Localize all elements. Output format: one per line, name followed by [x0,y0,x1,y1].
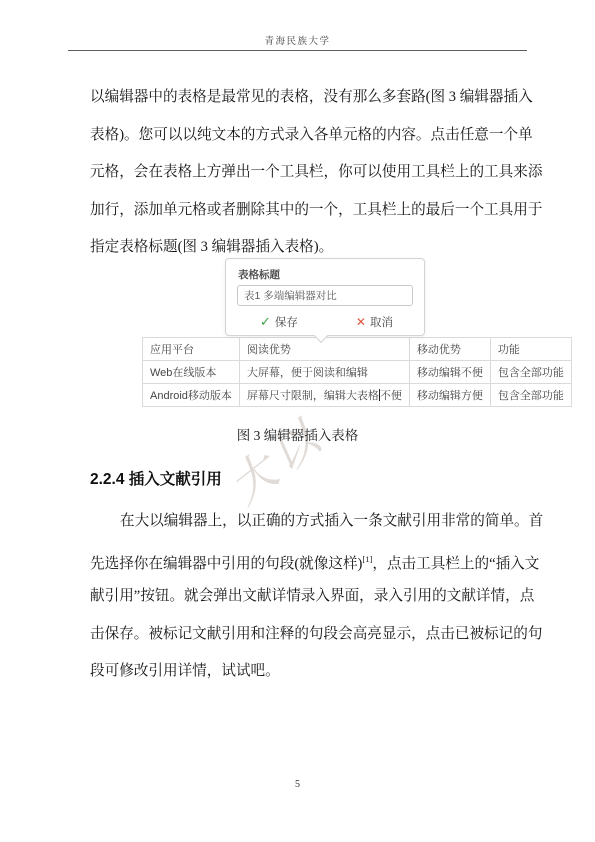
table-title-input[interactable] [237,285,413,306]
document-page: 大以 青海民族大学 以编辑器中的表格是最常见的表格，没有那么多套路(图 3 编辑… [0,0,595,842]
popup-button-row: ✓ 保存 ✕ 取消 [226,314,424,330]
selected-cell-text-before-caret: 屏幕尺寸限制，编辑大表格 [247,390,379,402]
comparison-table: 应用平台 阅读优势 移动优势 功能 Web在线版本 大屏幕，便于阅读和编辑 移动… [142,337,572,407]
paragraph-line: 献引用”按钮。就会弹出文献详情录入界面，录入引用的文献详情，点 [90,578,514,616]
paragraph-line: 击保存。被标记文献引用和注释的句段会高亮显示，点击已被标记的句 [90,616,514,654]
selected-table-cell[interactable]: 屏幕尺寸限制，编辑大表格不便 [239,384,409,407]
check-icon: ✓ [260,314,271,330]
table-header-cell: 应用平台 [143,338,240,361]
paragraph-line: 表格)。您可以以纯文本的方式录入各单元格的内容。点击任意一个单 [90,117,514,155]
paragraph-line: 先选择你在编辑器中引用的句段(就像这样)[1]，点击工具栏上的“插入文 [90,541,514,579]
table-cell[interactable]: 包含全部功能 [490,361,571,384]
table-cell[interactable]: 移动编辑方便 [409,384,490,407]
page-number: 5 [0,779,595,790]
watermark: 大以 [213,401,336,517]
save-button[interactable]: ✓ 保存 [260,314,298,330]
table-header-cell: 功能 [490,338,571,361]
paragraph-tables: 以编辑器中的表格是最常见的表格，没有那么多套路(图 3 编辑器插入 表格)。您可… [90,79,514,267]
cancel-button[interactable]: ✕ 取消 [356,314,393,330]
header-school-name: 青海民族大学 [0,33,595,47]
cancel-button-label: 取消 [370,314,393,330]
section-heading: 2.2.4 插入文献引用 [90,467,222,489]
save-button-label: 保存 [275,314,298,330]
table-cell[interactable]: Android移动版本 [143,384,240,407]
paragraph-line: 元格，会在表格上方弹出一个工具栏，你可以使用工具栏上的工具来添 [90,154,514,192]
line-text: 先选择你在编辑器中引用的句段(就像这样) [90,556,362,572]
paragraph-line: 加行，添加单元格或者删除其中的一个，工具栏上的最后一个工具用于 [90,192,514,230]
table-row: Web在线版本 大屏幕，便于阅读和编辑 移动编辑不便 包含全部功能 [143,361,572,384]
figure-caption: 图 3 编辑器插入表格 [0,424,595,444]
paragraph-line: 以编辑器中的表格是最常见的表格，没有那么多套路(图 3 编辑器插入 [90,79,514,117]
table-row: Android移动版本 屏幕尺寸限制，编辑大表格不便 移动编辑方便 包含全部功能 [143,384,572,407]
table-cell[interactable]: 包含全部功能 [490,384,571,407]
paragraph-citations: 在大以编辑器上，以正确的方式插入一条文献引用非常的简单。首 先选择你在编辑器中引… [90,503,514,691]
table-title-label: 表格标题 [238,267,412,282]
table-cell[interactable]: 大屏幕，便于阅读和编辑 [239,361,409,384]
paragraph-line: 在大以编辑器上，以正确的方式插入一条文献引用非常的简单。首 [90,503,514,541]
paragraph-line: 段可修改引用详情，试试吧。 [90,653,514,691]
table-header-row: 应用平台 阅读优势 移动优势 功能 [143,338,572,361]
table-title-popup: 表格标题 ✓ 保存 ✕ 取消 [225,258,425,336]
table-cell[interactable]: 移动编辑不便 [409,361,490,384]
table-cell[interactable]: Web在线版本 [143,361,240,384]
citation-superscript: [1] [362,554,372,564]
close-icon: ✕ [356,315,366,329]
selected-cell-text-after-caret: 不便 [380,390,402,402]
table-header-cell: 移动优势 [409,338,490,361]
table-header-cell: 阅读优势 [239,338,409,361]
header-rule [68,50,527,51]
line-text: ，点击工具栏上的“插入文 [372,556,539,572]
